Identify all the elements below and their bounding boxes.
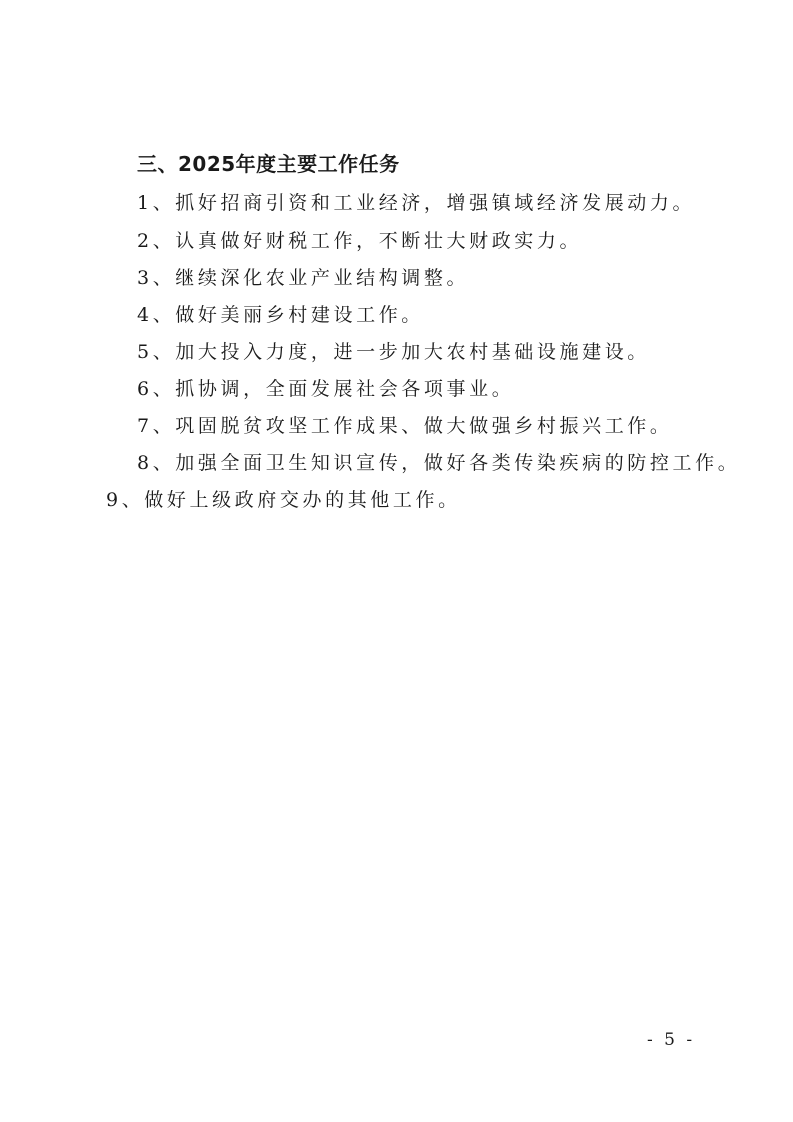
task-item-7: 7、巩固脱贫攻坚工作成果、做大做强乡村振兴工作。 — [137, 411, 673, 438]
task-item-3: 3、继续深化农业产业结构调整。 — [137, 263, 469, 290]
task-item-4: 4、做好美丽乡村建设工作。 — [137, 300, 424, 327]
task-item-5: 5、加大投入力度，进一步加大农村基础设施建设。 — [137, 337, 650, 364]
page-number: - 5 - — [647, 1030, 695, 1050]
task-item-2: 2、认真做好财税工作，不断壮大财政实力。 — [137, 226, 582, 253]
task-item-9: 9、做好上级政府交办的其他工作。 — [106, 485, 461, 512]
task-item-8: 8、加强全面卫生知识宣传，做好各类传染疾病的防控工作。 — [137, 448, 740, 475]
task-item-6: 6、抓协调，全面发展社会各项事业。 — [137, 374, 514, 401]
task-item-1: 1、抓好招商引资和工业经济，增强镇域经济发展动力。 — [137, 188, 695, 215]
section-heading: 三、2025年度主要工作任务 — [137, 148, 400, 177]
